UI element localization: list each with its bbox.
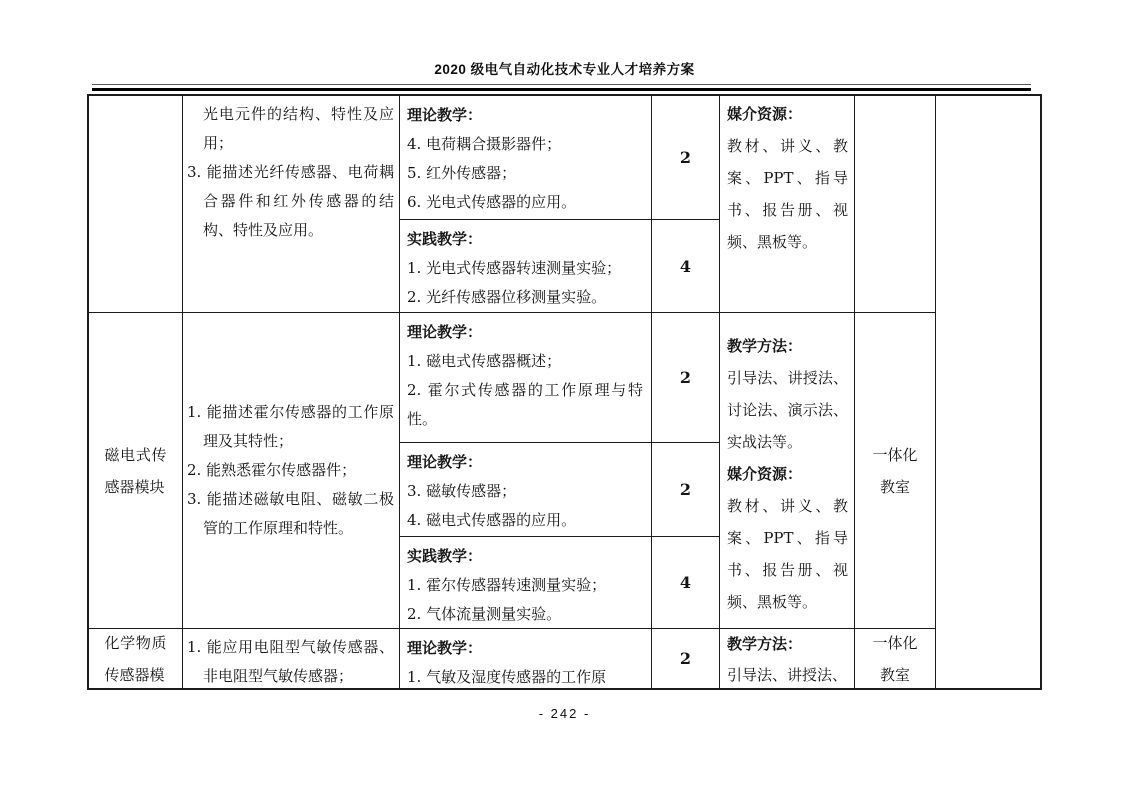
hours-cell: 4 xyxy=(652,220,720,313)
methods-body: 引导法、讲授法、 xyxy=(727,660,848,688)
document-page: { "page": { "title": "2020 级电气自动化技术专业人才培… xyxy=(0,0,1122,793)
theory-block-row2b: 理论教学： 3. 磁敏传感器； 4. 磁电式传感器的应用。 xyxy=(400,443,652,537)
practice-heading: 实践教学： xyxy=(407,225,643,254)
module-name: 化学物质传感器模 xyxy=(105,629,167,688)
methods-cell-row3: 教学方法： 引导法、讲授法、 xyxy=(720,629,855,688)
ability-item: 3. 能描述磁敏电阻、磁敏二极管的工作原理和特性。 xyxy=(187,485,394,543)
theory-heading: 理论教学： xyxy=(407,318,643,347)
classroom-cell-row2: 一体化教室 xyxy=(855,313,936,629)
theory-heading: 理论教学： xyxy=(407,101,643,130)
hours-cell: 2 xyxy=(652,443,720,537)
theory-block-row3: 理论教学： 1. 气敏及湿度传感器的工作原 xyxy=(400,629,652,688)
hours-cell: 4 xyxy=(652,537,720,629)
theory-block-row1: 理论教学： 4. 电荷耦合摄影器件； 5. 红外传感器； 6. 光电式传感器的应… xyxy=(400,96,652,220)
practice-item: 1. 霍尔传感器转速测量实验； xyxy=(407,571,643,600)
ability-item: 2. 能熟悉霍尔传感器件； xyxy=(187,456,394,485)
practice-item: 1. 光电式传感器转速测量实验； xyxy=(407,254,643,283)
resources-heading: 媒介资源： xyxy=(727,458,848,490)
module-name: 磁电式传感器模块 xyxy=(105,439,167,503)
methods-heading: 教学方法： xyxy=(727,629,848,660)
module-cell-row3: 化学物质传感器模 xyxy=(89,629,183,688)
abilities-cell-row1: 光电元件的结构、特性及应用； 3. 能描述光纤传感器、电荷耦合器件和红外传感器的… xyxy=(183,96,400,313)
theory-item: 5. 红外传感器； xyxy=(407,159,643,188)
theory-item: 4. 电荷耦合摄影器件； xyxy=(407,130,643,159)
notes-column-empty xyxy=(936,96,1040,688)
resources-body: 教材、讲义、教案、PPT、指导书、报告册、视频、黑板等。 xyxy=(727,490,848,618)
ability-item: 1. 能应用电阻型气敏传感器、非电阻型气敏传感器； xyxy=(187,633,394,688)
abilities-cell-row2: 1. 能描述霍尔传感器的工作原理及其特性； 2. 能熟悉霍尔传感器件； 3. 能… xyxy=(183,313,400,629)
page-title: 2020 级电气自动化技术专业人才培养方案 xyxy=(87,58,1042,78)
curriculum-table: 光电元件的结构、特性及应用； 3. 能描述光纤传感器、电荷耦合器件和红外传感器的… xyxy=(87,94,1042,690)
hours-cell: 2 xyxy=(652,629,720,688)
theory-item: 1. 磁电式传感器概述； xyxy=(407,347,643,376)
methods-resources-cell-row2: 教学方法： 引导法、讲授法、讨论法、演示法、实战法等。 媒介资源： 教材、讲义、… xyxy=(720,313,855,629)
practice-block-row2: 实践教学： 1. 霍尔传感器转速测量实验； 2. 气体流量测量实验。 xyxy=(400,537,652,629)
practice-item: 2. 光纤传感器位移测量实验。 xyxy=(407,283,643,312)
theory-item: 2. 霍尔式传感器的工作原理与特性。 xyxy=(407,376,643,434)
resources-body: 教材、讲义、教案、PPT、指导书、报告册、视频、黑板等。 xyxy=(727,130,848,258)
theory-item: 3. 磁敏传感器； xyxy=(407,477,643,506)
practice-block-row1: 实践教学： 1. 光电式传感器转速测量实验； 2. 光纤传感器位移测量实验。 xyxy=(400,220,652,313)
practice-item: 2. 气体流量测量实验。 xyxy=(407,600,643,629)
classroom-cell-row1-empty xyxy=(855,96,936,313)
practice-heading: 实践教学： xyxy=(407,542,643,571)
theory-block-row2a: 理论教学： 1. 磁电式传感器概述； 2. 霍尔式传感器的工作原理与特性。 xyxy=(400,313,652,443)
classroom-cell-row3: 一体化教室 xyxy=(855,629,936,688)
hours-cell: 2 xyxy=(652,96,720,220)
module-cell-row2: 磁电式传感器模块 xyxy=(89,313,183,629)
abilities-cell-row3: 1. 能应用电阻型气敏传感器、非电阻型气敏传感器； xyxy=(183,629,400,688)
theory-item: 1. 气敏及湿度传感器的工作原 xyxy=(407,663,643,688)
module-cell-row1-empty xyxy=(89,96,183,313)
header-double-rule xyxy=(92,84,1031,91)
classroom-name: 一体化教室 xyxy=(872,439,919,503)
ability-item: 3. 能描述光纤传感器、电荷耦合器件和红外传感器的结构、特性及应用。 xyxy=(187,158,394,245)
resources-heading: 媒介资源： xyxy=(727,98,848,130)
methods-heading: 教学方法： xyxy=(727,330,848,362)
theory-heading: 理论教学： xyxy=(407,448,643,477)
theory-heading: 理论教学： xyxy=(407,634,643,663)
classroom-name: 一体化教室 xyxy=(872,629,919,688)
ability-continuation: 光电元件的结构、特性及应用； xyxy=(187,100,394,158)
footer-page-number: - 242 - xyxy=(87,706,1042,721)
resources-cell-row1: 媒介资源： 教材、讲义、教案、PPT、指导书、报告册、视频、黑板等。 xyxy=(720,96,855,313)
hours-cell: 2 xyxy=(652,313,720,443)
methods-body: 引导法、讲授法、讨论法、演示法、实战法等。 xyxy=(727,362,848,458)
ability-item: 1. 能描述霍尔传感器的工作原理及其特性； xyxy=(187,398,394,456)
theory-item: 4. 磁电式传感器的应用。 xyxy=(407,506,643,535)
theory-item: 6. 光电式传感器的应用。 xyxy=(407,188,643,217)
